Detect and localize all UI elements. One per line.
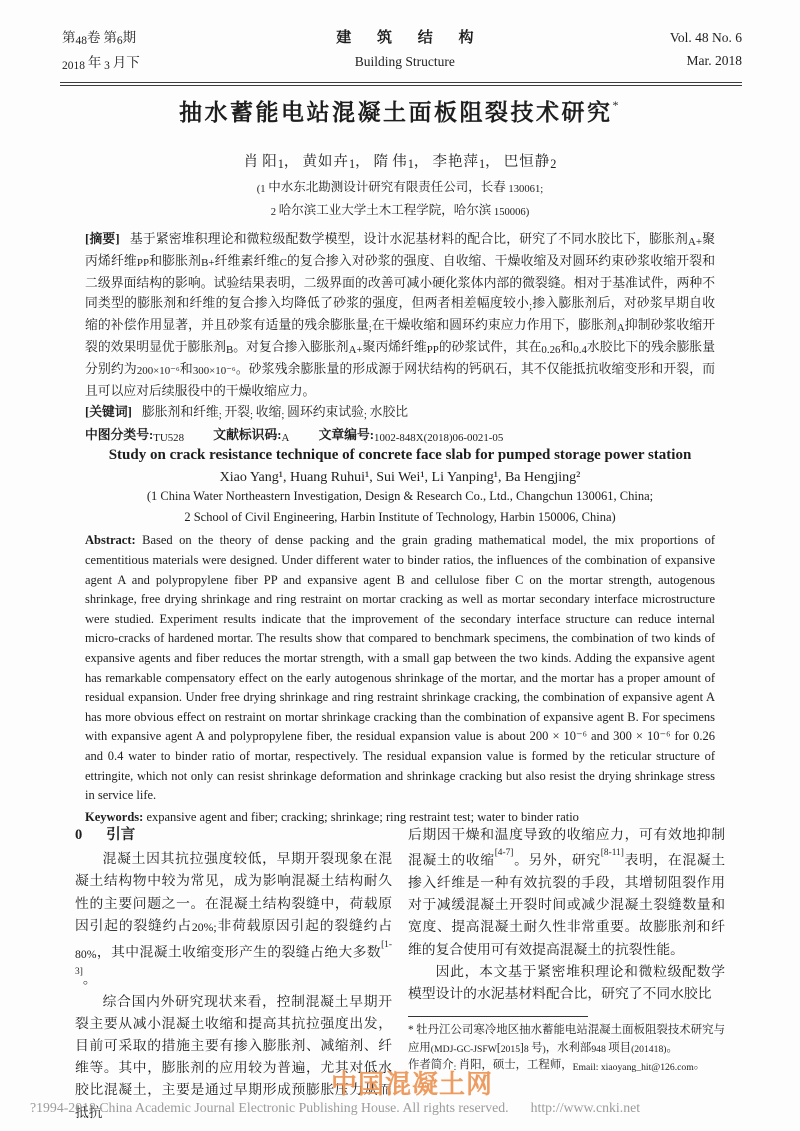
volume-issue-block: 第48卷 第6期 2018 年 3 月下	[62, 26, 140, 76]
watermark: 中国混凝土网	[331, 1064, 493, 1101]
cnki-url: http://www.cnki.net	[531, 1100, 640, 1115]
clc-value: TU528	[153, 428, 184, 442]
footnote-funding: * 牡丹江公司寒冷地区抽水蓄能电站混凝土面板阻裂技术研究与应用(MDJ-GC-J…	[408, 1022, 725, 1057]
body-column-right: 后期因干燥和温度导致的收缩应力，可有效地抑制混凝土的收缩[4-7]。另外，研究[…	[408, 824, 725, 1075]
abstract-label-cn: [摘要]	[85, 232, 120, 246]
section-number: 0	[75, 827, 82, 843]
journal-header: 第48卷 第6期 2018 年 3 月下 建 筑 结 构 Building St…	[62, 26, 742, 76]
volume-issue-line1: 第48卷 第6期	[62, 26, 140, 51]
affiliation-en-2: 2 School of Civil Engineering, Harbin In…	[85, 507, 715, 528]
keywords-label-en: Keywords:	[85, 810, 143, 824]
paragraph: 因此，本文基于紧密堆积理论和微粒级配数学模型设计的水泥基材料配合比，研究了不同水…	[408, 961, 725, 1005]
paragraph: 后期因干燥和温度导致的收缩应力，可有效地抑制混凝土的收缩[4-7]。另外，研究[…	[408, 824, 725, 961]
copyright-text: ?1994-2018 China Academic Journal Electr…	[30, 1100, 509, 1115]
copyright-line: ?1994-2018 China Academic Journal Electr…	[30, 1100, 640, 1116]
journal-title-block: 建 筑 结 构 Building Structure	[325, 26, 484, 70]
abstract-cn: [摘要]基于紧密堆积理论和微粒级配数学模型，设计水泥基材料的配合比，研究了不同水…	[85, 229, 715, 401]
article-title-en: Study on crack resistance technique of c…	[85, 447, 715, 464]
article-id-label: 文章编号:	[319, 428, 374, 442]
section-heading: 0引言	[75, 824, 392, 846]
classification-line: 中图分类号:TU528 文献标识码:A 文章编号:1002-848X(2018)…	[85, 425, 715, 447]
keywords-cn: [关键词]膨胀剂和纤维; 开裂; 收缩; 圆环约束试验; 水胶比	[85, 402, 715, 424]
article-id-value: 1002-848X(2018)06-0021-05	[374, 428, 503, 442]
footnote-divider	[408, 1016, 588, 1017]
doc-code-label: 文献标识码:	[213, 428, 281, 442]
volume-issue-line2: 2018 年 3 月下	[62, 51, 140, 76]
doc-code-value: A	[282, 428, 290, 442]
paper-page: 第48卷 第6期 2018 年 3 月下 建 筑 结 构 Building St…	[0, 0, 800, 1131]
journal-title-en: Building Structure	[325, 54, 484, 70]
article-title-cn: 抽水蓄能电站混凝土面板阻裂技术研究*	[0, 94, 800, 127]
header-divider	[60, 82, 742, 86]
date-en: Mar. 2018	[670, 49, 742, 72]
affiliation-cn-2: 2 哈尔滨工业大学土木工程学院，哈尔滨 150006)	[0, 200, 800, 218]
title-footnote-mark: *	[613, 98, 622, 112]
authors-en: Xiao Yang¹, Huang Ruhui¹, Sui Wei¹, Li Y…	[85, 470, 715, 486]
paragraph: 混凝土因其抗拉强度较低，早期开裂现象在混凝土结构物中较为常见，成为影响混凝土结构…	[75, 848, 392, 990]
volume-en: Vol. 48 No. 6	[670, 26, 742, 49]
section-title: 引言	[106, 827, 135, 843]
keywords-label-cn: [关键词]	[85, 405, 132, 419]
volume-date-en-block: Vol. 48 No. 6 Mar. 2018	[670, 26, 742, 72]
affiliation-cn-1: (1 中水东北勘测设计研究有限责任公司，长春 130061;	[0, 177, 800, 195]
abstract-en: Abstract: Based on the theory of dense p…	[85, 531, 715, 805]
clc-label: 中图分类号:	[85, 428, 153, 442]
journal-title-cn: 建 筑 结 构	[325, 26, 484, 47]
authors-cn: 肖 阳1， 黄如卉1， 隋 伟1， 李艳萍1， 巴恒静2	[0, 150, 800, 171]
abstract-label-en: Abstract:	[85, 533, 136, 547]
front-matter: [摘要]基于紧密堆积理论和微粒级配数学模型，设计水泥基材料的配合比，研究了不同水…	[85, 229, 715, 827]
affiliation-en-1: (1 China Water Northeastern Investigatio…	[85, 486, 715, 507]
